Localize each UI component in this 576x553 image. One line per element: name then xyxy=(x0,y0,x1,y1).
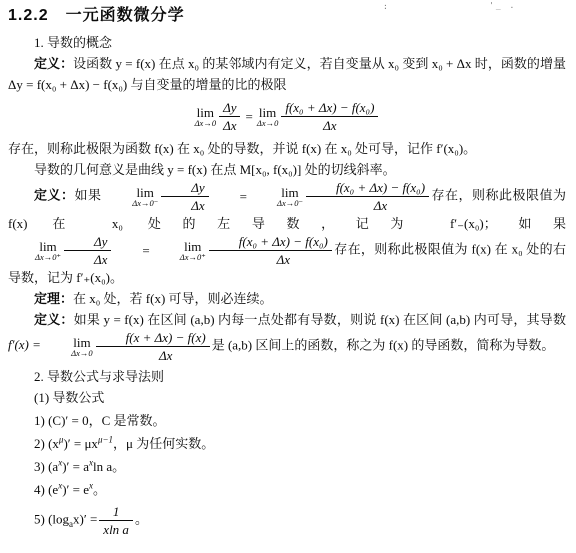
formula-item-constant: 1) (C)′ = 0，C 是常数。 xyxy=(34,410,566,432)
lim-word: lim xyxy=(106,186,158,199)
formula-text: 5) (log xyxy=(34,511,69,526)
definition-text: 设函数 y = f(x) 在点 x₀ 的某邻域内有定义，若自变量从 x₀ 变到 … xyxy=(8,56,566,92)
paragraph-geometric-meaning: 导数的几何意义是曲线 y = f(x) 在点 M[x₀, f(x₀)] 处的切线… xyxy=(8,159,566,180)
scan-artifact: : xyxy=(383,3,388,11)
right-derivative-formula: limΔx→0⁺ΔyΔx=limΔx→0⁺f(x₀ + Δx) − f(x₀)Δ… xyxy=(8,241,334,256)
definition-derivative-function: 定义：如果 y = f(x) 在区间 (a,b) 内每一点处都有导数，则说 f(… xyxy=(8,309,566,363)
limit-operator: limΔx→0⁻ xyxy=(106,186,158,208)
numerator: f(x₀ + Δx) − f(x₀) xyxy=(209,234,332,251)
definition-label: 定义： xyxy=(34,187,74,202)
derivative-limit-formula: limΔx→0ΔyΔx=limΔx→0f(x₀ + Δx) − f(x₀)Δx xyxy=(8,100,566,133)
left-derivative-formula: limΔx→0⁻ΔyΔx=limΔx→0⁻f(x₀ + Δx) − f(x₀)Δ… xyxy=(105,187,431,202)
limit-operator: limΔx→0 xyxy=(195,106,217,128)
limit-operator: limΔx→0⁺ xyxy=(154,240,206,262)
lim-word: lim xyxy=(9,240,61,253)
formula-item-power: 2) (xμ)′ = μxμ−1，μ 为任何实数。 xyxy=(34,433,566,455)
scan-artifact: '_ . xyxy=(489,2,516,10)
formula-item-exponential-a: 3) (ax)′ = axln a。 xyxy=(34,456,566,478)
formula-list: 1) (C)′ = 0，C 是常数。 2) (xμ)′ = μxμ−1，μ 为任… xyxy=(8,410,566,537)
formula-text: 4) (e xyxy=(34,482,58,497)
heading-derivative-formulas: (1) 导数公式 xyxy=(8,387,566,408)
limit-operator: limΔx→0 xyxy=(257,106,279,128)
fraction: f(x₀ + Δx) − f(x₀)Δx xyxy=(306,180,429,213)
limit-operator: limΔx→0⁻ xyxy=(251,186,303,208)
derivative-function-formula: f′(x) = limΔx→0f(x + Δx) − f(x)Δx xyxy=(8,337,212,352)
numerator: Δy xyxy=(64,234,111,251)
theorem-differentiable-continuous: 定理：在 x₀ 处，若 f(x) 可导，则必连续。 xyxy=(8,288,566,309)
fraction: f(x₀ + Δx) − f(x₀)Δx xyxy=(209,234,332,267)
definition-text: 如果 xyxy=(74,187,105,202)
formula-text: ，μ 为任何实数。 xyxy=(113,436,214,451)
fraction: ΔyΔx xyxy=(64,234,111,267)
numerator: 1 xyxy=(99,504,133,521)
fraction: 1xln a xyxy=(99,504,133,537)
formula-text: )′ = a xyxy=(62,459,89,474)
lim-subscript: Δx→0⁺ xyxy=(9,253,61,262)
denominator: Δx xyxy=(209,251,332,267)
formula-text: 3) (a xyxy=(34,459,58,474)
heading-derivative-rules: 2. 导数公式与求导法则 xyxy=(8,366,566,387)
numerator: Δy xyxy=(219,100,240,117)
paragraph-derivative-exists: 存在，则称此极限为函数 f(x) 在 x₀ 处的导数，并说 f(x) 在 x₀ … xyxy=(8,138,566,159)
lim-word: lim xyxy=(45,336,93,349)
denominator: Δx xyxy=(219,117,240,133)
lim-subscript: Δx→0⁻ xyxy=(106,199,158,208)
equals-sign: = xyxy=(116,240,149,261)
fraction: f(x₀ + Δx) − f(x₀)Δx xyxy=(281,100,378,133)
formula-lead: f′(x) = xyxy=(8,337,41,352)
lim-subscript: Δx→0⁻ xyxy=(251,199,303,208)
formula-text: 2) (x xyxy=(34,436,59,451)
heading-derivative-concept: 1. 导数的概念 xyxy=(8,32,566,53)
page-title: 1.2.2 一元函数微分学 xyxy=(8,6,566,25)
fraction: ΔyΔx xyxy=(219,100,240,133)
theorem-label: 定理： xyxy=(34,291,73,306)
lim-word: lim xyxy=(195,106,217,119)
definition-one-sided-derivatives: 定义：如果 limΔx→0⁻ΔyΔx=limΔx→0⁻f(x₀ + Δx) − … xyxy=(8,180,566,288)
document-page: : '_ . 1.2.2 一元函数微分学 1. 导数的概念 定义：设函数 y =… xyxy=(0,0,576,553)
lim-subscript: Δx→0 xyxy=(45,349,93,358)
lim-subscript: Δx→0 xyxy=(257,119,279,128)
denominator: Δx xyxy=(281,117,378,133)
limit-operator: limΔx→0⁺ xyxy=(9,240,61,262)
equals-sign: = xyxy=(214,186,247,207)
superscript: μ−1 xyxy=(98,435,113,445)
definition-label: 定义： xyxy=(34,56,73,71)
definition-derivative: 定义：设函数 y = f(x) 在点 x₀ 的某邻域内有定义，若自变量从 x₀ … xyxy=(8,53,566,95)
fraction: ΔyΔx xyxy=(161,180,208,213)
denominator: Δx xyxy=(306,197,429,213)
formula-text: x)′ = xyxy=(73,511,97,526)
numerator: f(x₀ + Δx) − f(x₀) xyxy=(281,100,378,117)
lim-word: lim xyxy=(251,186,303,199)
numerator: f(x + Δx) − f(x) xyxy=(96,330,210,347)
lim-word: lim xyxy=(154,240,206,253)
fraction: f(x + Δx) − f(x)Δx xyxy=(96,330,210,363)
definition-text: 是 (a,b) 区间上的函数，称之为 f(x) 的导函数，简称为导数。 xyxy=(212,337,555,352)
numerator: f(x₀ + Δx) − f(x₀) xyxy=(306,180,429,197)
definition-text: 如果 y = f(x) 在区间 (a,b) 内每一点处都有导数，则说 f(x) … xyxy=(74,312,566,327)
denominator: Δx xyxy=(64,251,111,267)
denominator: xln a xyxy=(99,521,133,537)
denominator: Δx xyxy=(161,197,208,213)
formula-text: 。 xyxy=(93,482,106,497)
definition-label: 定义： xyxy=(34,312,74,327)
formula-text: ln a。 xyxy=(93,459,125,474)
lim-word: lim xyxy=(257,106,279,119)
formula-text: 。 xyxy=(135,511,148,526)
equals-sign: = xyxy=(245,109,252,125)
limit-operator: limΔx→0 xyxy=(45,336,93,358)
formula-text: )′ = e xyxy=(62,482,89,497)
formula-item-logarithm: 5) (logax)′ =1xln a。 xyxy=(34,504,566,537)
lim-subscript: Δx→0 xyxy=(195,119,217,128)
lim-subscript: Δx→0⁺ xyxy=(154,253,206,262)
theorem-text: 在 x₀ 处，若 f(x) 可导，则必连续。 xyxy=(73,291,273,306)
numerator: Δy xyxy=(161,180,208,197)
formula-text: )′ = μx xyxy=(63,436,97,451)
denominator: Δx xyxy=(96,347,210,363)
formula-item-exponential-e: 4) (ex)′ = ex。 xyxy=(34,479,566,501)
